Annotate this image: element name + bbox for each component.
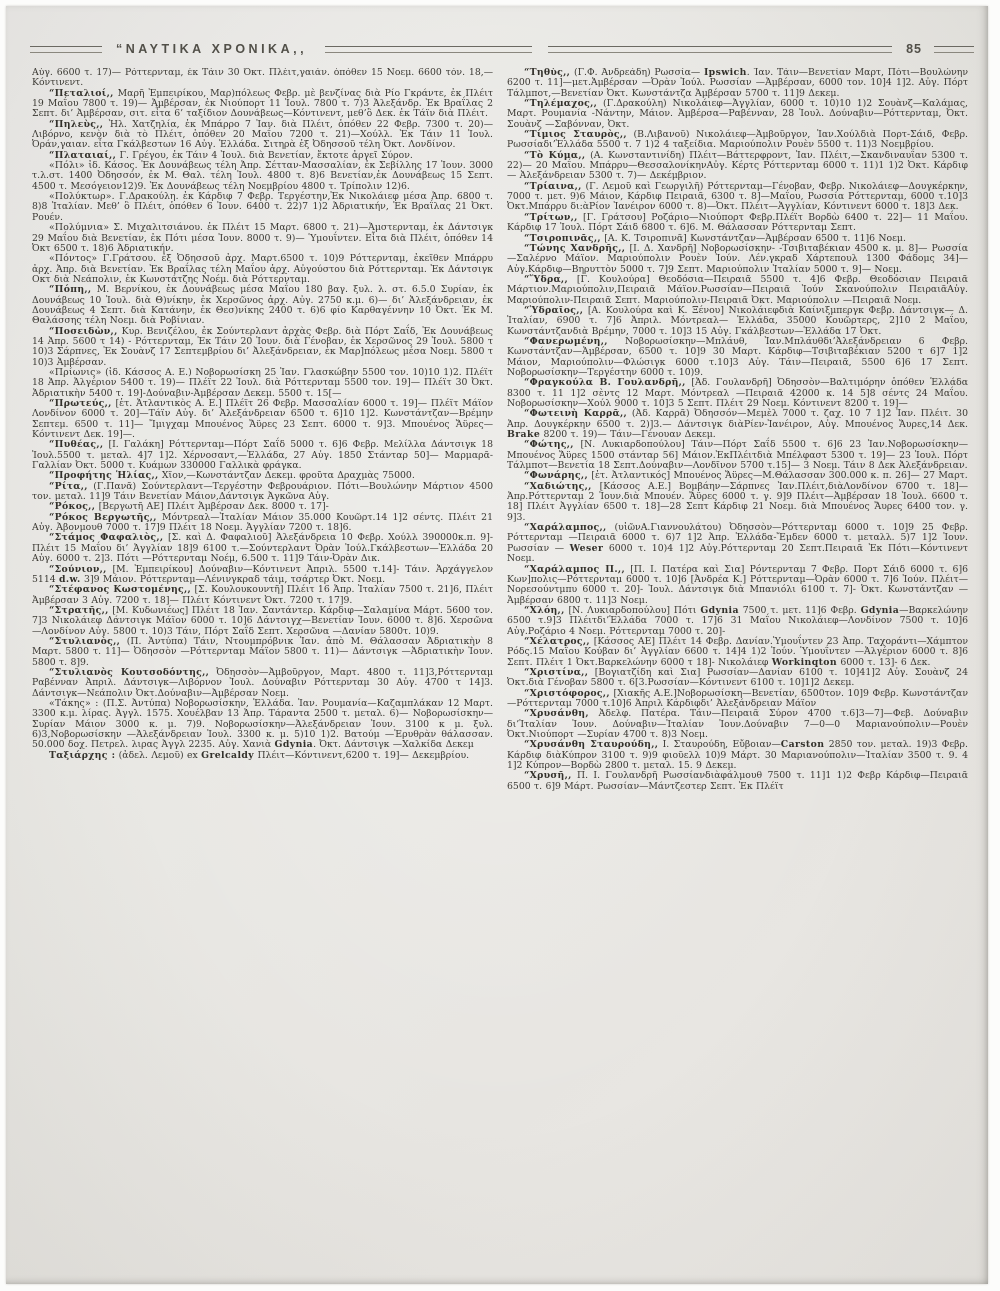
ship-entry-text: Γ.Γράτσου. ἐξ Ὀδησσοῦ ἀρχ. Μαρτ.6500 τ. … xyxy=(32,253,493,285)
scanned-page: “ΝΑΥΤΙΚΑ ΧΡΟΝΙΚΑ,, 85 Αὐγ. 6600 τ. 17)— … xyxy=(6,6,988,1284)
ship-entry: “Χαράλαμπος,, (υἱῶνΑ.Γιαννουλάτου) Ὀδησσ… xyxy=(507,523,968,564)
ship-entry-text: Αὐγ. 6600 τ. 17)— Ρόττερνταμ, ἐκ Τάιν 30… xyxy=(32,68,493,88)
ship-name: “Στυλιανὸς,, xyxy=(49,636,120,647)
ship-entry: “Στυλιανὸς,, (Π. Ἀντύπα) Τάιν, Ντουμπρόβ… xyxy=(32,637,493,668)
ship-entry-text: [Α. Κ. Τσιροπινᾶ] Κωνστάντζαν—Ἀμβέρσαν 6… xyxy=(601,233,906,244)
ship-name: “Χρυσάνθη, xyxy=(524,708,589,719)
ship-entry: “Τίμιος Σταυρὸς,, (Β.Λιβανοῦ) Νικολάιεφ—… xyxy=(507,130,968,151)
ship-name: “Σούνιον,, xyxy=(49,564,107,575)
page-header: “ΝΑΥΤΙΚΑ ΧΡΟΝΙΚΑ,, 85 xyxy=(30,38,974,60)
ship-name: “Ρόκος Βεργωτῆς,, xyxy=(49,512,157,523)
ship-name: “Τηλέμαχος,, xyxy=(524,98,597,109)
ship-name: “Τώνης Χανδρῆς,, xyxy=(524,243,625,254)
ship-name: “Χαράλαμπος,, xyxy=(524,522,607,533)
ship-name: “Χρυσῆ,, xyxy=(524,770,572,781)
ship-name: “Χαράλαμπος Π.,, xyxy=(524,564,625,575)
ship-entry-text: (Γ.Φ. Ἀνδρεάδη) Ρωσσία— Ipswich. Ἰαν. Τά… xyxy=(507,68,968,99)
ship-entry-text: [ἑτ. Ἀτλαντικός] Μπουένος Ἄϋρες—Μ.Θάλασσ… xyxy=(588,470,968,481)
ship-entry: Αὐγ. 6600 τ. 17)— Ρόττερνταμ, ἐκ Τάιν 30… xyxy=(32,68,493,89)
ship-name: “Φώτης,, xyxy=(524,439,574,450)
ship-entry: “Τρίτων,, [Γ. Γράτσου] Ροζάριο—Νιούπορτ … xyxy=(507,213,968,234)
ship-name: «Πόλι» xyxy=(49,160,85,171)
ship-entry: “Ποσειδὼν,, Κυρ. Βενιζέλου, ἐκ Σούντερλα… xyxy=(32,327,493,368)
ship-name: “Τρίτων,, xyxy=(524,212,578,223)
ship-entry: «Τάκης» : (Π.Σ. Ἀντύπα) Νοβορωσίσκην, Ἑλ… xyxy=(32,699,493,751)
ship-name: “Φραγκούλα Β. Γουλανδρῆ,, xyxy=(524,377,686,388)
ship-entry: “Φωτεινὴ Καρρᾶ,, (Ἀδ. Καρρᾶ) Ὀδησσόν—Μεμ… xyxy=(507,409,968,440)
ship-entry: “Πρωτεύς,, [ἑτ. Ἀτλαντικὸς Α. Ε.] Πλέϊτ … xyxy=(32,399,493,440)
ship-name: “Χρυσάνθη Σταυρούδη,, xyxy=(524,739,658,750)
ship-entry-text: [Ν. Λυκιαρδοπούλου] Πότι Gdynia 7500 τ. … xyxy=(507,605,968,637)
ship-entry: “Ρίτα,, (Γ.Πανᾶ) Σούντερλαντ—Τεργέστην Φ… xyxy=(32,482,493,503)
ship-name: «Πόντος» xyxy=(49,253,97,264)
ship-entry: “Τηθὺς,, (Γ.Φ. Ἀνδρεάδη) Ρωσσία— Ipswich… xyxy=(507,68,968,99)
text-columns: Αὐγ. 6600 τ. 17)— Ρόττερνταμ, ἐκ Τάιν 30… xyxy=(32,68,968,1266)
ship-name: “Στάμος Φαφαλιὸς,, xyxy=(49,532,163,543)
ship-entry-text: Π. Ι. Γουλανδρῆ Ρωσσίανδιὰφάλμουθ 7500 τ… xyxy=(507,770,968,791)
ship-name: “Φωτεινὴ Καρρᾶ,, xyxy=(524,408,627,419)
ship-entry: Ταξιάρχης : (ἀδελ. Λεμοῦ) ex Grelcaldy Π… xyxy=(32,751,493,761)
ship-name: “Φανερωμένη,, xyxy=(524,336,608,347)
ship-name: “Τσιροπινᾶς,, xyxy=(524,233,601,244)
ship-name: Ταξιάρχης : xyxy=(49,750,115,761)
ship-entry: “Πόπη,, Μ. Βερνίκου, ἐκ Δουνάβεως μέσα Μ… xyxy=(32,285,493,326)
ship-entry: “Πηλεὺς,, Ἠλ. Χατζηλία, ἐκ Μπάρρο 7 Ἰαν.… xyxy=(32,120,493,151)
ship-entry: “Ὕδρα,, [Γ. Κουλούρα] Θεοδόσια—Πειραιᾶ 5… xyxy=(507,275,968,306)
column-left: Αὐγ. 6600 τ. 17)— Ρόττερνταμ, ἐκ Τάιν 30… xyxy=(32,68,493,1266)
ship-entry: “Τώνης Χανδρῆς,, [Ι. Δ. Χανδρῆ] Νοβορωσί… xyxy=(507,244,968,275)
ship-entry: “Στάμος Φαφαλιὸς,, [Σ. καὶ Δ. Φαφαλιοῦ] … xyxy=(32,533,493,564)
ship-entry: “Χρυσάνθη Σταυρούδη,, Ι. Σταυρούδη, Εὔβο… xyxy=(507,740,968,771)
ship-name: «Πολύμνια» xyxy=(49,222,109,233)
ship-entry: “Φώτης,, [Ν. Λυκιαρδοπούλου] Τάιν—Πόρτ Σ… xyxy=(507,440,968,471)
ship-entry: “Χρυσάνθη, Ἀδελφ. Πατέρα. Τάιν—Πειραιᾶ Σ… xyxy=(507,709,968,740)
ship-name: “Προφήτης Ἡλίας,, xyxy=(49,470,159,481)
ship-entry-text: Χῖον,—Κωνστάντζαν Δεκεμ. φροῦτα Δραχμὰς … xyxy=(159,470,415,481)
ship-name: “Πρωτεύς,, xyxy=(49,398,112,409)
ship-entry: “Φανερωμένη,, Νοβορωσίσκην—Μπλάυθ, Ἰαν.Μ… xyxy=(507,337,968,378)
ship-entry: “Χέλατρος,, [Κάσσος ΑΕ] Πλέιτ 14 Φεβρ. Δ… xyxy=(507,637,968,668)
ship-name: “Φωνάρης,, xyxy=(524,470,588,481)
ship-entry-text: [Βεργωτῆ ΑΕ] Πλέιτ Ἀμβέρσαν Δεκ. 8000 τ.… xyxy=(95,501,329,512)
ship-entry: “Χρυσῆ,, Π. Ι. Γουλανδρῆ Ρωσσίανδιὰφάλμο… xyxy=(507,771,968,792)
ship-entry: “Πυθέας,, [Ι. Γαλάκη] Ρόττερνταμ—Πόρτ Σα… xyxy=(32,440,493,471)
ship-name: “Χαδιώτης,, xyxy=(524,481,592,492)
ship-name: «Τάκης» : xyxy=(49,698,99,709)
column-right: “Τηθὺς,, (Γ.Φ. Ἀνδρεάδη) Ρωσσία— Ipswich… xyxy=(507,68,968,1266)
ship-name: “Ρόκος,, xyxy=(49,501,95,512)
ship-name: “Πυθέας,, xyxy=(49,439,103,450)
ship-entry: “Ρόκος Βεργωτῆς,, Μόντρεαλ—Ἰταλίαν Μάιον… xyxy=(32,513,493,534)
ship-entry: “Χαράλαμπος Π.,, [Π. Ι. Πατέρα καὶ Σια] … xyxy=(507,565,968,606)
ship-entry: “Στυλιανὸς Κουτσοδόντης,, Ὀδησσὸν—Ἀμβοῦρ… xyxy=(32,668,493,699)
ship-entry-text: (Π.Σ. Ἀντύπα) Νοβορωσίσκην, Ἑλλάδα. Ἰαν.… xyxy=(32,698,493,750)
ship-name: “Ρίτα,, xyxy=(49,481,88,492)
ship-entry: “Τὸ Κύμα,, (Α. Κωνσταντινίδη) Πλέιτ—Βάττ… xyxy=(507,151,968,182)
ship-name: “Πλαταιαί,, xyxy=(49,150,116,161)
ship-entry-text: (ἰδ. Κάσσος Α. Ε.) Νοβορωσίσκη 25 Ἰαν. Γ… xyxy=(32,367,493,399)
ship-name: “Χριστίνα,, xyxy=(524,667,588,678)
ship-name: “Στέφανος Κωστομένης,, xyxy=(49,584,191,595)
ship-entry: “Ὑδραῖος,, [Α. Κουλούρα καὶ Κ. Ξένου] Νι… xyxy=(507,306,968,337)
masthead-title: “ΝΑΥΤΙΚΑ ΧΡΟΝΙΚΑ,, xyxy=(116,42,307,56)
ship-entry-text: [Γ. Κουλούρα] Θεοδόσια—Πειραιᾶ 5500 τ. 4… xyxy=(507,274,968,306)
ship-entry: “Χριστίνα,, [Βογιατζίδη καὶ Σια] Ρωσσίαν… xyxy=(507,668,968,689)
ship-name: “Πόπη,, xyxy=(49,284,91,295)
ship-entry: “Χλόη,, [Ν. Λυκιαρδοπούλου] Πότι Gdynia … xyxy=(507,606,968,637)
ship-entry: “Τηλέμαχος,, (Γ.Δρακούλη) Νικολάιεφ—Ἀγγλ… xyxy=(507,99,968,130)
ship-entry-text: Γ. Γρέγου, ἐκ Τάιν 4 Ἰουλ. διὰ Βενετίαν,… xyxy=(116,150,413,161)
ship-name: “Στρατῆς,, xyxy=(49,605,109,616)
ship-entry: “Χριστόφορος,, [Χιακῆς Α.Ε.]Νοβορωσίσκη—… xyxy=(507,689,968,710)
ship-entry-text: (ἀδελ. Λεμοῦ) ex Grelcaldy Πλέιτ—Κόντινε… xyxy=(115,750,469,761)
ship-name: «Πρίωνις» xyxy=(49,367,101,378)
ship-name: “Χριστόφορος,, xyxy=(524,688,610,699)
header-rule-mid-2 xyxy=(548,46,892,53)
ship-entry: “Στέφανος Κωστομένης,, [Σ. Κουλουκουντῆ]… xyxy=(32,585,493,606)
ship-entry: “Πεταλιοί,, Μαρῆ Ἐμπειρίκου, Μαρ)πόλεως … xyxy=(32,89,493,120)
ship-entry: “Στρατῆς,, [Μ. Κυδωνιέως] Πλέιτ 18 Ἰαν. … xyxy=(32,606,493,637)
ship-name: “Στυλιανὸς Κουτσοδόντης,, xyxy=(49,667,209,678)
ship-entry: “Σούνιον,, [Μ. Ἐμπειρίκου] Δούναβιν—Κόντ… xyxy=(32,565,493,586)
ship-name: “Ὕδρα,, xyxy=(524,274,568,285)
header-rule-right xyxy=(934,46,974,53)
ship-name: “Τίμιος Σταυρὸς,, xyxy=(524,129,627,140)
ship-entry: “Χαδιώτης,, [Κάσσος Α.Ε.] Βομβάην—Σάρπνε… xyxy=(507,482,968,523)
ship-entry: «Πολύμνια» Σ. Μιχαλιτσιάνου. ἐκ Πλέιτ 15… xyxy=(32,223,493,254)
ship-entry: «Πόλι» ἰδ. Κάσος. Ἐκ Δουνάβεως τέλη Ἀπρ.… xyxy=(32,161,493,192)
ship-entry: “Τρίαινα,, (Γ. Λεμοῦ καὶ Γεωργιλῆ) Ρόττε… xyxy=(507,182,968,213)
ship-name: “Ποσειδὼν,, xyxy=(49,326,118,337)
ship-entry-text: [Ν. Λυκιαρδοπούλου] Τάιν—Πόρτ Σαΐδ 5500 … xyxy=(507,439,968,471)
ship-entry-text: ἰδ. Κάσος. Ἐκ Δουνάβεως τέλη Ἀπρ. Σέτταν… xyxy=(32,160,493,192)
header-rule-left xyxy=(30,46,102,53)
ship-entry: “Φραγκούλα Β. Γουλανδρῆ,, [Ἀδ. Γουλανδρῆ… xyxy=(507,378,968,409)
ship-entry: «Πρίωνις» (ἰδ. Κάσσος Α. Ε.) Νοβορωσίσκη… xyxy=(32,368,493,399)
ship-entry: «Πολύκτωρ». Γ.Δρακούλη. ἐκ Κάρδιφ 7 Φεβρ… xyxy=(32,192,493,223)
page-number: 85 xyxy=(906,42,922,56)
ship-entry-text: Μ. Βερνίκου, ἐκ Δουνάβεως μέσα Μαΐου 180… xyxy=(32,284,493,326)
ship-entry-text: (Γ.Πανᾶ) Σούντερλαντ—Τεργέστην Φεβρουάρι… xyxy=(32,481,493,502)
ship-entry: «Πόντος» Γ.Γράτσου. ἐξ Ὀδησσοῦ ἀρχ. Μαρτ… xyxy=(32,254,493,285)
header-rule-mid-1 xyxy=(325,46,532,53)
